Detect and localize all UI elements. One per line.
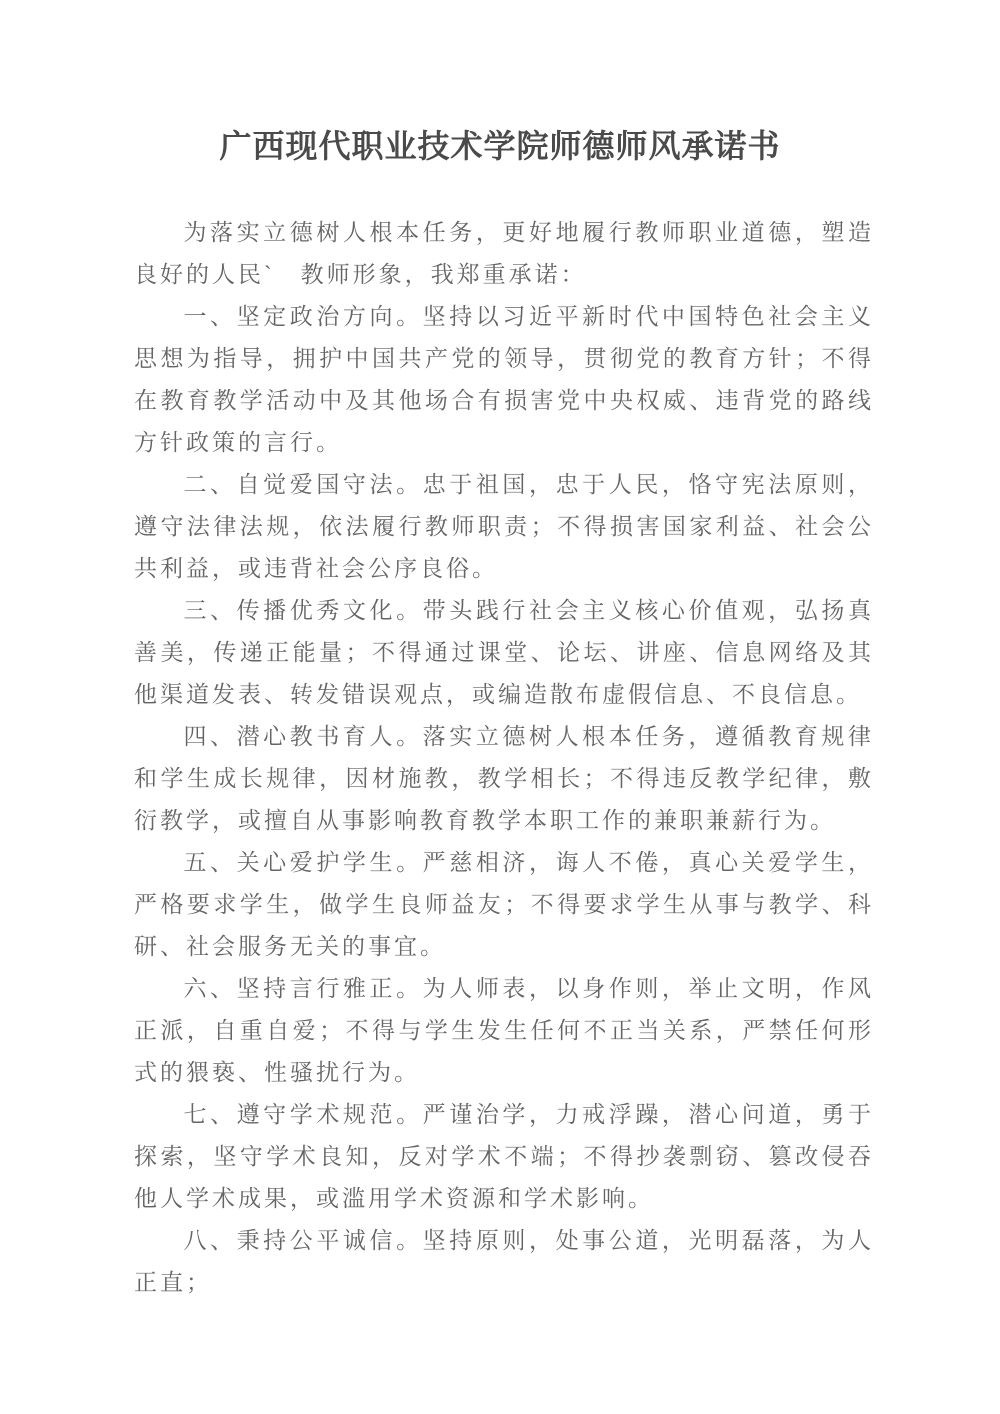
paragraph: 四、潜心教书育人。落实立德树人根本任务，遵循教育规律和学生成长规律，因材施教，教… — [134, 716, 874, 842]
paragraph: 为落实立德树人根本任务，更好地履行教师职业道德，塑造良好的人民` 教师形象，我郑… — [134, 212, 874, 296]
paragraph: 一、坚定政治方向。坚持以习近平新时代中国特色社会主义思想为指导，拥护中国共产党的… — [134, 296, 874, 464]
paragraph: 六、坚持言行雅正。为人师表，以身作则，举止文明，作风正派，自重自爱；不得与学生发… — [134, 968, 874, 1094]
paragraph: 七、遵守学术规范。严谨治学，力戒浮躁，潜心问道，勇于探索，坚守学术良知，反对学术… — [134, 1094, 874, 1220]
paragraph: 五、关心爱护学生。严慈相济，诲人不倦，真心关爱学生，严格要求学生，做学生良师益友… — [134, 842, 874, 968]
document-title: 广西现代职业技术学院师德师风承诺书 — [0, 0, 1000, 166]
paragraph: 三、传播优秀文化。带头践行社会主义核心价值观，弘扬真善美，传递正能量；不得通过课… — [134, 590, 874, 716]
document-page: 广西现代职业技术学院师德师风承诺书 为落实立德树人根本任务，更好地履行教师职业道… — [0, 0, 1000, 1414]
paragraph: 八、秉持公平诚信。坚持原则，处事公道，光明磊落，为人正直； — [134, 1220, 874, 1304]
paragraph: 二、自觉爱国守法。忠于祖国，忠于人民，恪守宪法原则，遵守法律法规，依法履行教师职… — [134, 464, 874, 590]
document-body: 为落实立德树人根本任务，更好地履行教师职业道德，塑造良好的人民` 教师形象，我郑… — [134, 212, 874, 1304]
